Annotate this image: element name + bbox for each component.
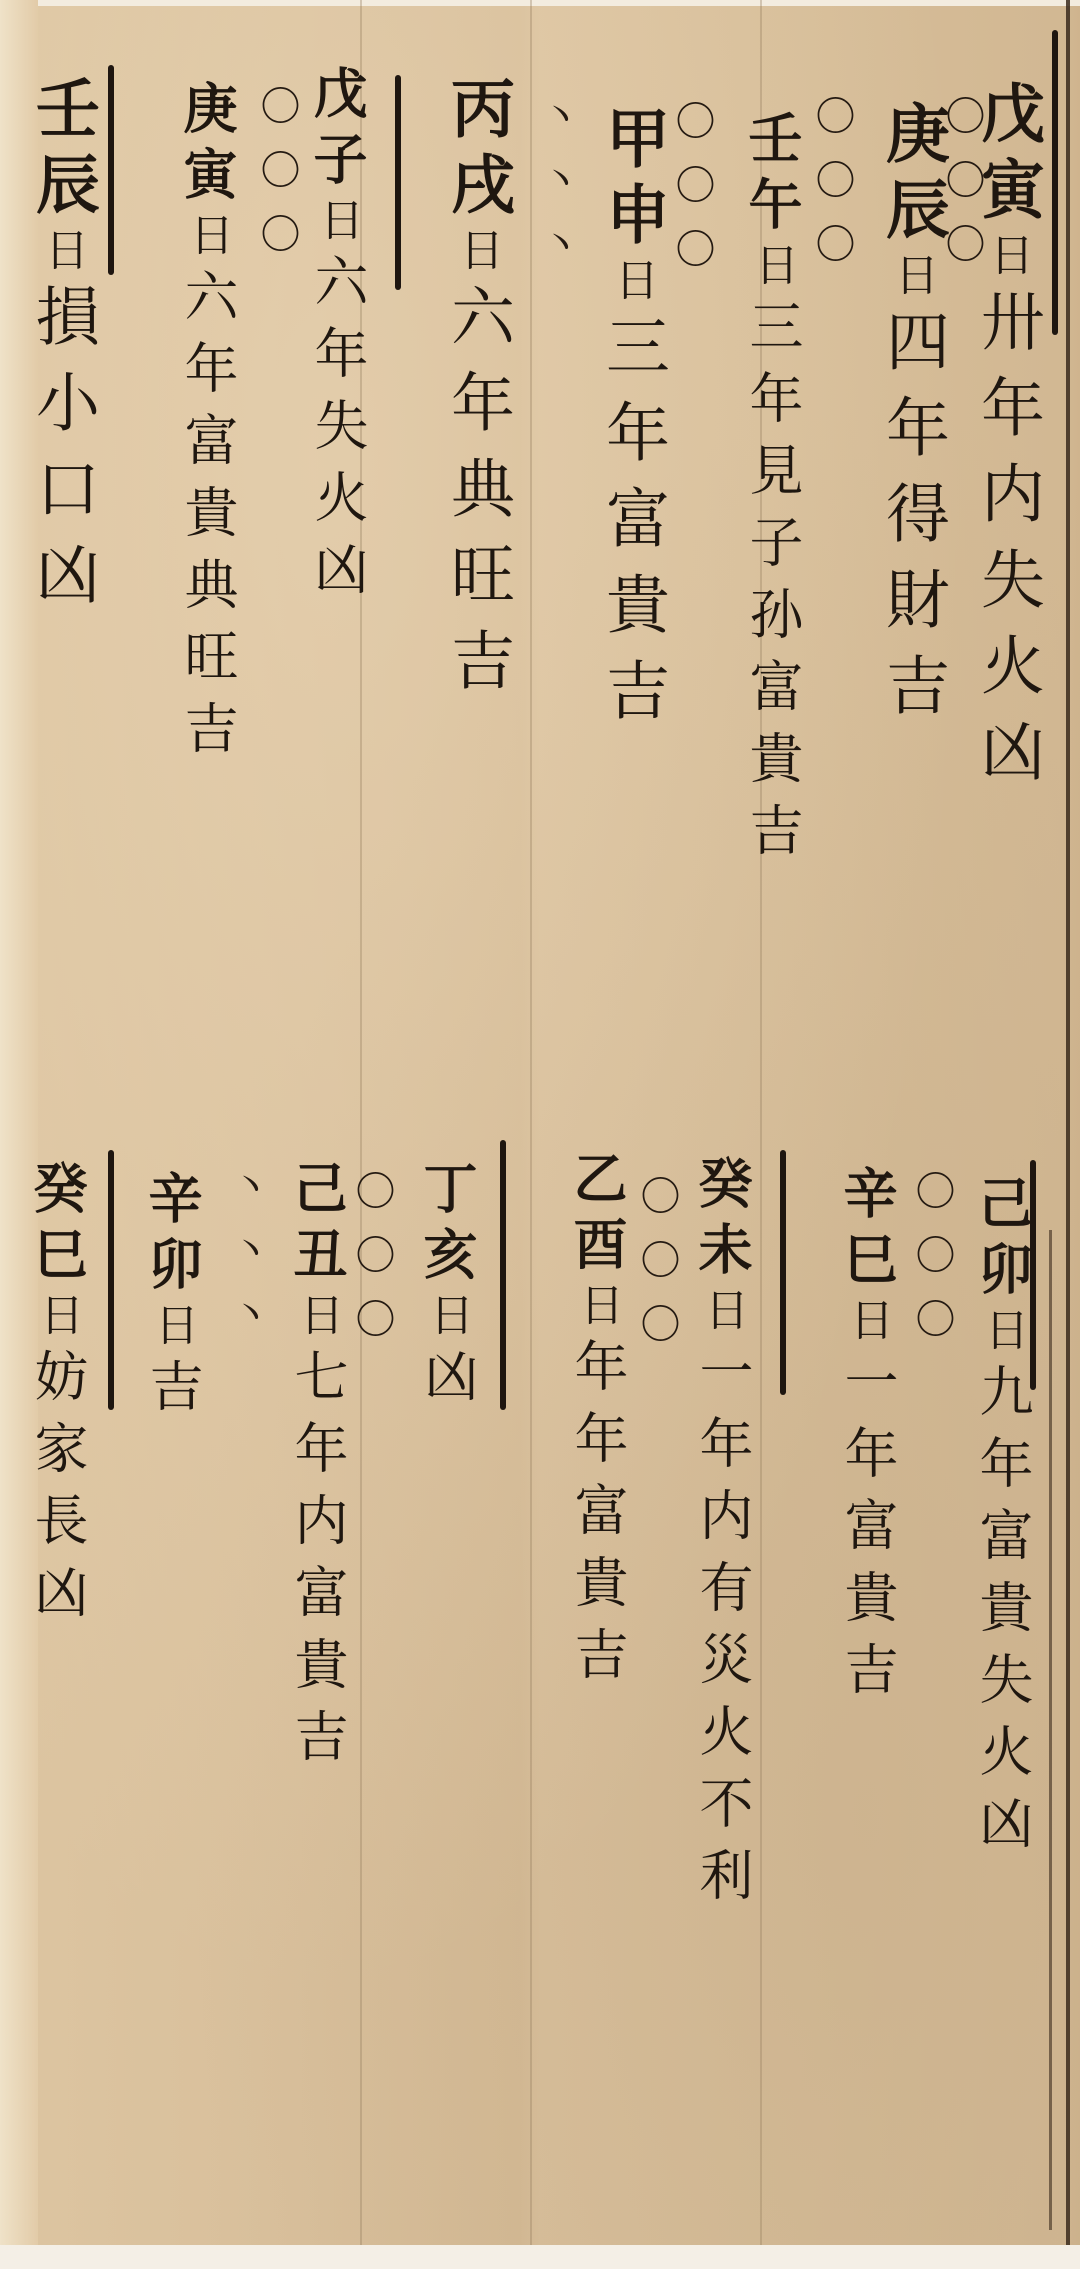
circle-marks: 〇〇〇 bbox=[800, 95, 864, 287]
entry-day-marker: 日 bbox=[182, 212, 233, 268]
column-divider-rule bbox=[780, 1150, 786, 1395]
entry-column: 癸巳日妨家長凶 bbox=[30, 1160, 84, 1636]
entry-column: 甲申日三年富貴吉 bbox=[600, 105, 664, 743]
entry-text: 六年典旺吉 bbox=[440, 283, 514, 713]
column-divider-rule bbox=[1052, 30, 1058, 335]
entry-column: 辛巳日一年富貴吉 bbox=[840, 1165, 894, 1713]
entry-column: 壬午日三年見子孙富貴吉 bbox=[745, 110, 799, 874]
circle-marks: 〇〇〇 bbox=[245, 85, 309, 277]
entry-text: 凶 bbox=[416, 1348, 479, 1420]
dot-marks: 丶丶丶 bbox=[215, 1165, 279, 1357]
entry-column: 己卯日九年富貴失火凶 bbox=[975, 1175, 1029, 1867]
circle-marks: 〇〇〇 bbox=[930, 95, 994, 287]
dot-marks: 丶丶丶 bbox=[525, 95, 589, 287]
entry-text: 七年内富貴吉 bbox=[286, 1348, 349, 1780]
entry-text: 六年富貴典旺吉 bbox=[176, 268, 239, 772]
entry-column: 癸未日一年内有災火不利 bbox=[695, 1155, 749, 1919]
entry-column: 辛卯日吉 bbox=[145, 1170, 199, 1430]
entry-text: 三年富貴吉 bbox=[595, 313, 669, 743]
entry-text: 九年富貴失火凶 bbox=[971, 1363, 1034, 1867]
scan-bottom-margin bbox=[0, 2245, 1080, 2269]
entry-date: 癸巳 bbox=[25, 1160, 89, 1292]
entry-column: 戊子日六年失火凶 bbox=[310, 65, 364, 613]
entry-day-marker: 日 bbox=[292, 1292, 343, 1348]
entry-day-marker: 日 bbox=[747, 242, 798, 298]
circle-marks-icon: 〇〇〇 bbox=[669, 100, 715, 292]
entry-day-marker: 日 bbox=[312, 197, 363, 253]
entry-date: 乙酉 bbox=[565, 1150, 629, 1282]
circle-marks-icon: 〇〇〇 bbox=[634, 1175, 680, 1367]
dot-marks-icon: 丶丶丶 bbox=[534, 95, 580, 287]
entry-text: 妨家長凶 bbox=[26, 1348, 89, 1636]
entry-column: 壬辰日損小口凶 bbox=[30, 75, 94, 627]
manuscript-page: 戊寅日卅年内失火凶 庚辰日四年得財吉 〇〇〇 壬午日三年見子孙富貴吉 〇〇〇 甲… bbox=[0, 0, 1080, 2269]
entry-day-marker: 日 bbox=[607, 257, 658, 313]
entry-day-marker: 日 bbox=[697, 1287, 748, 1343]
scan-top-margin bbox=[0, 0, 1080, 6]
entry-text: 卅年内失火凶 bbox=[970, 288, 1044, 804]
entry-date: 丁亥 bbox=[415, 1160, 479, 1292]
entry-date: 己卯 bbox=[970, 1175, 1034, 1307]
circle-marks-icon: 〇〇〇 bbox=[254, 85, 300, 277]
entry-day-marker: 日 bbox=[32, 1292, 83, 1348]
entry-day-marker: 日 bbox=[147, 1302, 198, 1358]
entry-date: 甲申 bbox=[595, 105, 670, 257]
entry-date: 壬辰 bbox=[25, 75, 100, 227]
entry-day-marker: 日 bbox=[842, 1297, 893, 1353]
column-divider-rule bbox=[108, 1150, 114, 1410]
entry-day-marker: 日 bbox=[572, 1282, 623, 1338]
entry-day-marker: 日 bbox=[37, 227, 88, 283]
page-right-border-inner bbox=[1049, 1230, 1052, 2230]
circle-marks: 〇〇〇 bbox=[625, 1175, 689, 1367]
entry-text: 一年富貴吉 bbox=[836, 1353, 899, 1713]
entry-day-marker: 日 bbox=[452, 227, 503, 283]
column-divider-rule bbox=[395, 75, 401, 290]
circle-marks: 〇〇〇 bbox=[660, 100, 724, 292]
entry-text: 六年失火凶 bbox=[306, 253, 369, 613]
circle-marks-icon: 〇〇〇 bbox=[349, 1170, 395, 1362]
entry-text: 年年富貴吉 bbox=[566, 1338, 629, 1698]
entry-date: 丙戌 bbox=[440, 75, 515, 227]
entry-column: 丁亥日凶 bbox=[420, 1160, 474, 1420]
circle-marks-icon: 〇〇〇 bbox=[909, 1170, 955, 1362]
entry-column: 己丑日七年内富貴吉 bbox=[290, 1160, 344, 1780]
entry-column: 庚寅日六年富貴典旺吉 bbox=[180, 80, 234, 772]
entry-date: 戊子 bbox=[305, 65, 369, 197]
entry-date: 壬午 bbox=[740, 110, 804, 242]
entry-text: 一年内有災火不利 bbox=[691, 1343, 754, 1919]
entry-text: 吉 bbox=[141, 1358, 204, 1430]
circle-marks: 〇〇〇 bbox=[340, 1170, 404, 1362]
entry-date: 辛卯 bbox=[140, 1170, 204, 1302]
circle-marks-icon: 〇〇〇 bbox=[939, 95, 985, 287]
entry-day-marker: 日 bbox=[422, 1292, 473, 1348]
page-right-border bbox=[1066, 0, 1070, 2269]
entry-date: 癸未 bbox=[690, 1155, 754, 1287]
entry-date: 辛巳 bbox=[835, 1165, 899, 1297]
circle-marks-icon: 〇〇〇 bbox=[809, 95, 855, 287]
dot-marks-icon: 丶丶丶 bbox=[224, 1165, 270, 1357]
entry-column: 丙戌日六年典旺吉 bbox=[445, 75, 509, 713]
column-divider-rule bbox=[500, 1140, 506, 1410]
entry-text: 損小口凶 bbox=[25, 283, 99, 627]
circle-marks: 〇〇〇 bbox=[900, 1170, 964, 1362]
entry-column: 乙酉日年年富貴吉 bbox=[570, 1150, 624, 1698]
entry-day-marker: 日 bbox=[977, 1307, 1028, 1363]
entry-date: 庚寅 bbox=[175, 80, 239, 212]
column-divider-rule bbox=[108, 65, 114, 275]
paper-crease bbox=[530, 0, 532, 2269]
entry-text: 四年得財吉 bbox=[875, 308, 949, 738]
entry-text: 三年見子孙富貴吉 bbox=[741, 298, 804, 874]
